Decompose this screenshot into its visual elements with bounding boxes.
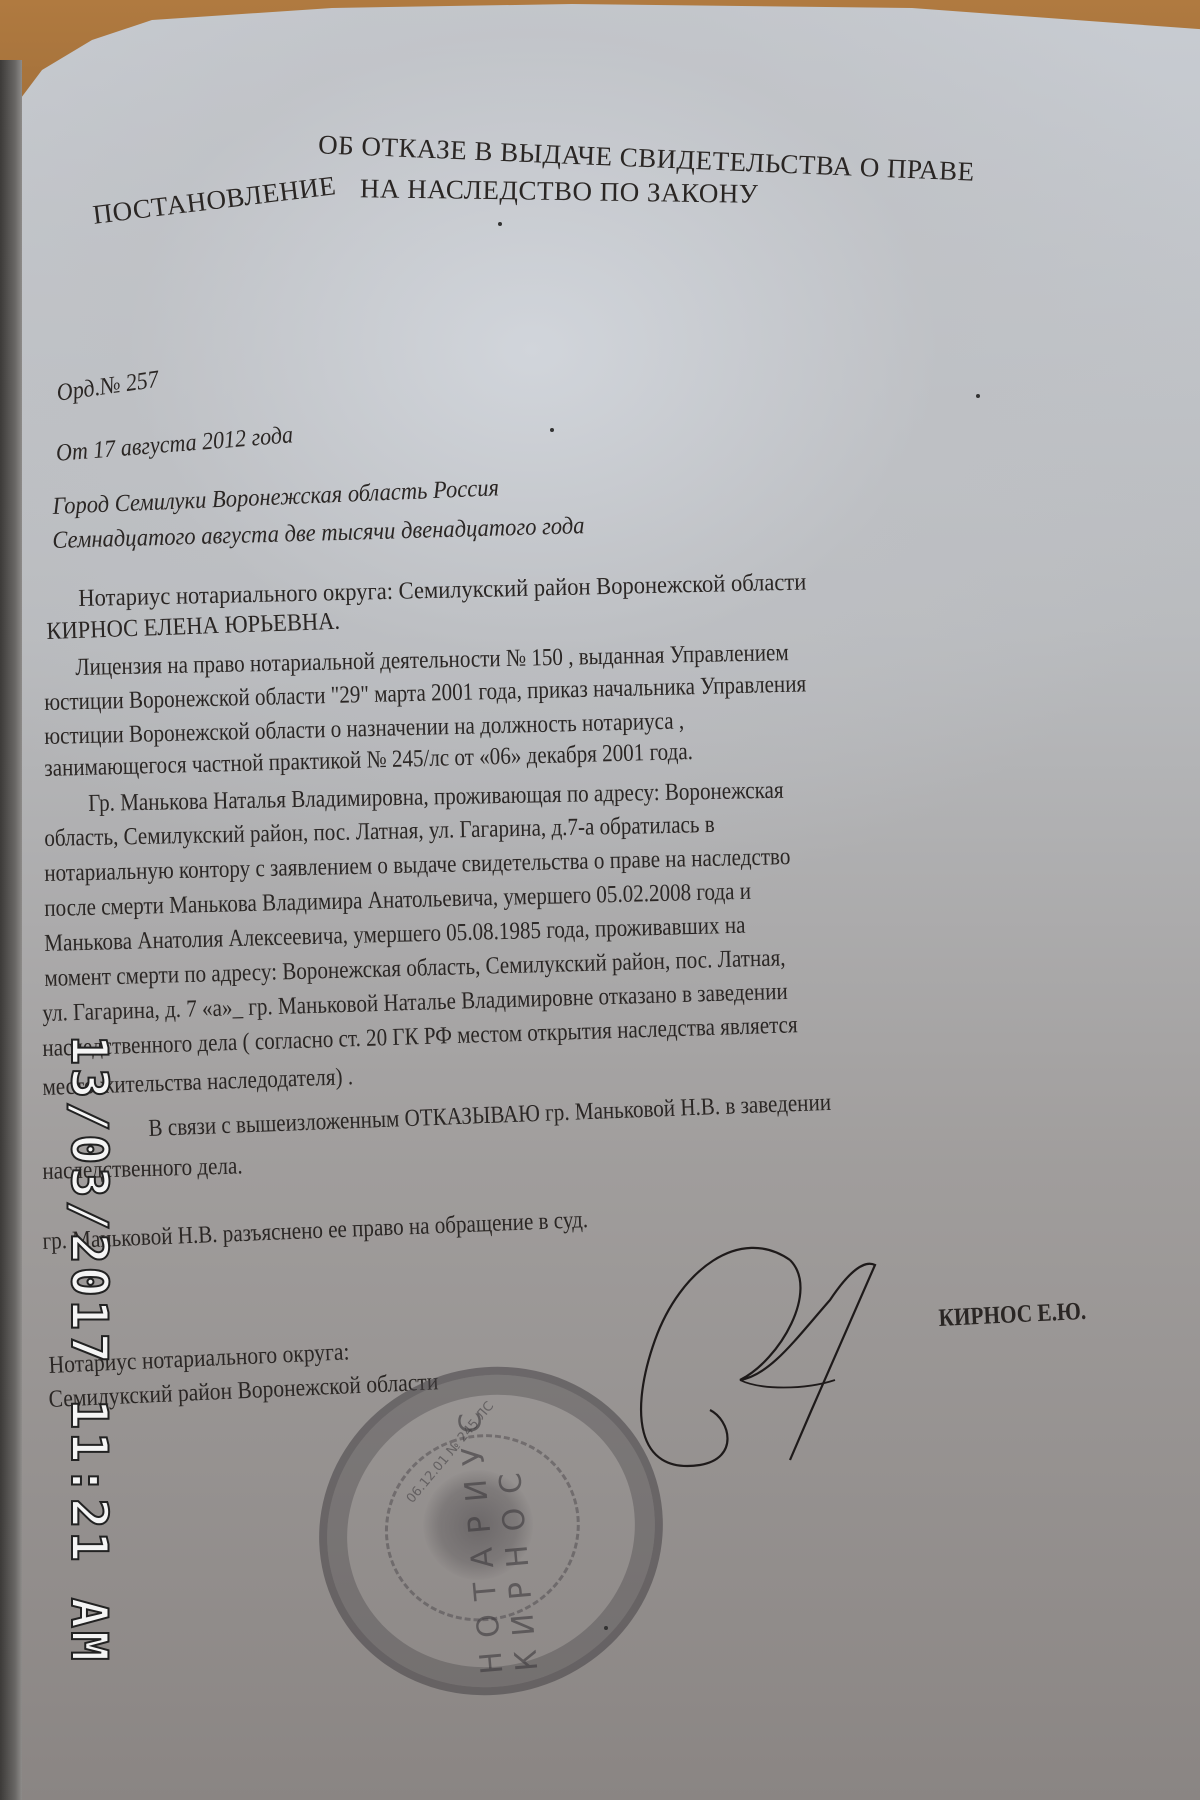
notary-name: КИРНОС ЕЛЕНА ЮРЬЕВНА. bbox=[46, 608, 341, 646]
court-right-line: гр. Маньковой Н.В. разъяснено ее право н… bbox=[42, 1206, 589, 1256]
notary-district-line: Нотариус нотариального округа: Семилукск… bbox=[78, 568, 807, 613]
document-page: ПОСТАНОВЛЕНИЕ ОБ ОТКАЗЕ В ВЫДАЧЕ СВИДЕТЕ… bbox=[0, 0, 1200, 1800]
decision-line-1: В связи с вышеизложенным ОТКАЗЫВАЮ гр. М… bbox=[148, 1089, 832, 1143]
title-word-postanovlenie: ПОСТАНОВЛЕНИЕ bbox=[91, 170, 338, 231]
document-title-line2: НА НАСЛЕДСТВО ПО ЗАКОНУ bbox=[360, 173, 759, 210]
document-date: От 17 августа 2012 года bbox=[55, 421, 294, 468]
date-in-words: Семнадцатого августа две тысячи двенадца… bbox=[52, 512, 585, 555]
place-line: Город Семилуки Воронежская область Росси… bbox=[52, 474, 500, 521]
photo-timestamp: 13/03/2017 11:21 AM bbox=[60, 1035, 118, 1664]
speck bbox=[976, 394, 980, 398]
speck bbox=[550, 428, 554, 432]
signer-name: КИРНОС Е.Ю. bbox=[938, 1298, 1087, 1333]
speck bbox=[604, 1626, 608, 1630]
speck bbox=[498, 222, 502, 226]
handwritten-signature bbox=[620, 1230, 900, 1480]
order-number: Орд.№ 257 bbox=[55, 366, 161, 408]
